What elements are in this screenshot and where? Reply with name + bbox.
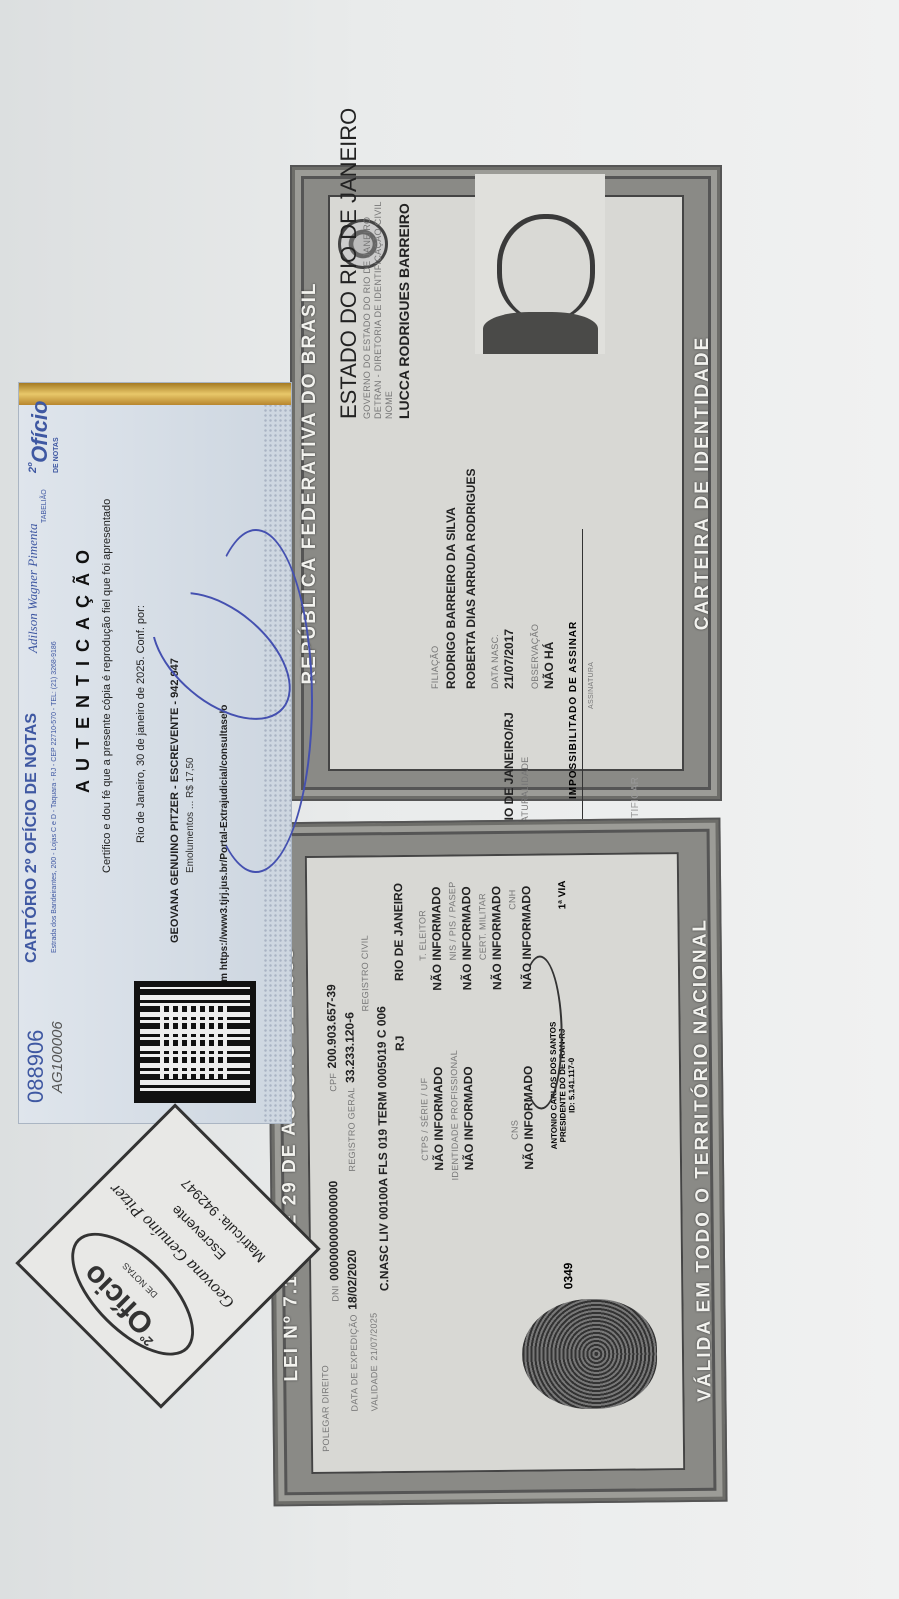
- sticker-logo: 2ºOfício DE NOTAS: [27, 401, 60, 473]
- face-shape: [497, 214, 595, 321]
- serial-number: 0349: [561, 1262, 575, 1289]
- director-signature: [518, 955, 564, 1109]
- obs-value: NÃO HÁ: [542, 642, 556, 689]
- expedicao-label: DATA DE EXPEDIÇÃO: [349, 1314, 360, 1411]
- gov-line-2: DETRAN - DIRETORIA DE IDENTIFICAÇÃO CIVI…: [373, 201, 383, 419]
- back-border-bottom: VÁLIDA EM TODO O TERRITÓRIO NACIONAL: [688, 820, 717, 1500]
- signature-caption: ASSINATURA: [588, 662, 595, 709]
- dni-field: DNI 000000000000000: [324, 1181, 343, 1302]
- ctps-value: NÃO INFORMADO: [431, 1067, 446, 1171]
- titulo-label: T. ELEITOR: [417, 910, 428, 961]
- expedicao-field: DATA DE EXPEDIÇÃO 18/02/2020: [343, 1250, 363, 1412]
- sticker-logo-text: Ofício: [27, 401, 52, 463]
- signature-line: [582, 529, 583, 859]
- pai-value: RODRIGO BARREIRO DA SILVA: [444, 507, 458, 689]
- naturalidade-label: NATURALIDADE: [520, 757, 530, 829]
- mae-value: ROBERTA DIAS ARRUDA RODRIGUES: [464, 469, 478, 689]
- titulo-value: NÃO INFORMADO: [429, 887, 444, 991]
- nis-label: NIS / PIS / PASEP: [447, 881, 458, 960]
- registro-civil-value: C.NASC LIV 00100A FLS 019 TERM 0005019 C…: [374, 1006, 391, 1291]
- sticker-serial: 088906: [23, 1030, 49, 1103]
- dni-label: DNI: [330, 1285, 340, 1302]
- id-card-back: LEI Nº 7.116 DE 29 DE AGOSTO DE 1983 VÁL…: [266, 818, 727, 1507]
- holder-photo: [475, 174, 605, 354]
- obs-label: OBSERVAÇÃO: [530, 624, 540, 689]
- cert-text: Certifico e dou fé que a presente cópia …: [101, 499, 113, 873]
- filiacao-label: FILIAÇÃO: [430, 646, 440, 689]
- director-id: ID: 5.141.117-0: [567, 1021, 577, 1149]
- cert-militar-value: NÃO INFORMADO: [489, 886, 504, 990]
- nome-label: NOME: [384, 391, 394, 419]
- validade-value: 21/07/2025: [369, 1312, 380, 1360]
- data-nasc-label: DATA NASC.: [490, 634, 500, 689]
- id-card-front: REPÚBLICA FEDERATIVA DO BRASIL CARTEIRA …: [290, 165, 722, 801]
- expedicao-value: 18/02/2020: [345, 1250, 360, 1310]
- clerk-line: GEOVANA GENUINO PITZER - ESCREVENTE - 94…: [169, 658, 181, 943]
- rg-label: REGISTRO GERAL: [346, 1087, 357, 1171]
- polegar-label: POLEGAR DIREITO: [320, 1365, 331, 1452]
- front-border-bottom: CARTEIRA DE IDENTIDADE: [692, 167, 714, 799]
- office-address: Estrada dos Bandeirantes, 200 - Lojas C …: [51, 641, 58, 953]
- back-panel: POLEGAR DIREITO CPF 200.903.657-39 DNI 0…: [305, 852, 685, 1474]
- fees-line: Emolumentos ... R$ 17,50: [185, 757, 196, 873]
- naturalidade-value: RIO DE JANEIRO/RJ: [502, 712, 516, 829]
- id-prof-value: NÃO INFORMADO: [461, 1066, 476, 1170]
- cpf-field: CPF 200.903.657-39: [322, 984, 341, 1092]
- signature-text: IMPOSSIBILITADO DE ASSINAR: [568, 621, 579, 799]
- auth-heading: AUTENTICAÇÃO: [73, 541, 94, 793]
- id-prof-label: IDENTIDADE PROFISSIONAL: [449, 1050, 460, 1181]
- state-title: ESTADO DO RIO DE JANEIRO: [336, 108, 362, 419]
- rg-value: 33.233.120-6: [342, 1012, 357, 1083]
- place-date: Rio de Janeiro, 30 de janeiro de 2025. C…: [135, 605, 147, 843]
- front-panel: ESTADO DO RIO DE JANEIRO GOVERNO DO ESTA…: [328, 195, 684, 771]
- office-name: CARTÓRIO 2º OFÍCIO DE NOTAS: [23, 713, 41, 963]
- sticker-logo-sub: DE NOTAS: [53, 401, 60, 473]
- cns-label: CNS: [510, 1120, 520, 1140]
- cert-militar-label: CERT. MILITAR: [477, 893, 488, 960]
- validade-field: VALIDADE 21/07/2025: [364, 1312, 383, 1411]
- document-stage: REPÚBLICA FEDERATIVA DO BRASIL CARTEIRA …: [0, 0, 899, 1599]
- shirt-shape: [483, 312, 598, 354]
- cpf-value: 200.903.657-39: [324, 984, 339, 1068]
- rg-field: REGISTRO GERAL 33.233.120-6: [340, 1012, 360, 1172]
- cpf-label: CPF: [328, 1073, 338, 1092]
- via-label: 1ª VIA: [557, 881, 568, 910]
- tabeliao-name: Adilson Wagner Pimenta: [25, 523, 41, 653]
- nis-value: NÃO INFORMADO: [459, 886, 474, 990]
- qr-code: [134, 981, 256, 1103]
- thumbprint: [521, 1298, 657, 1409]
- cnh-label: CNH: [507, 889, 517, 910]
- uf-value: RJ: [393, 1036, 407, 1051]
- validade-label: VALIDADE: [369, 1365, 379, 1411]
- dni-value: 000000000000000: [326, 1181, 341, 1281]
- cidade-value: RIO DE JANEIRO: [391, 883, 406, 981]
- registro-civil-label: REGISTRO CIVIL: [360, 935, 371, 1011]
- data-nasc-value: 21/07/2017: [502, 629, 516, 689]
- gov-line-1: GOVERNO DO ESTADO DO RIO DE JANEIRO: [362, 217, 372, 419]
- seal-code: AG100006: [49, 1021, 66, 1093]
- authentication-sticker: 2ºOfício DE NOTAS Adilson Wagner Pimenta…: [18, 382, 292, 1124]
- sticker-logo-top: 2º: [27, 463, 39, 473]
- ctps-label: CTPS / SÉRIE / UF: [419, 1078, 430, 1161]
- nome-value: LUCCA RODRIGUES BARREIRO: [396, 203, 412, 419]
- tabeliao-label: TABELIÃO: [41, 489, 48, 523]
